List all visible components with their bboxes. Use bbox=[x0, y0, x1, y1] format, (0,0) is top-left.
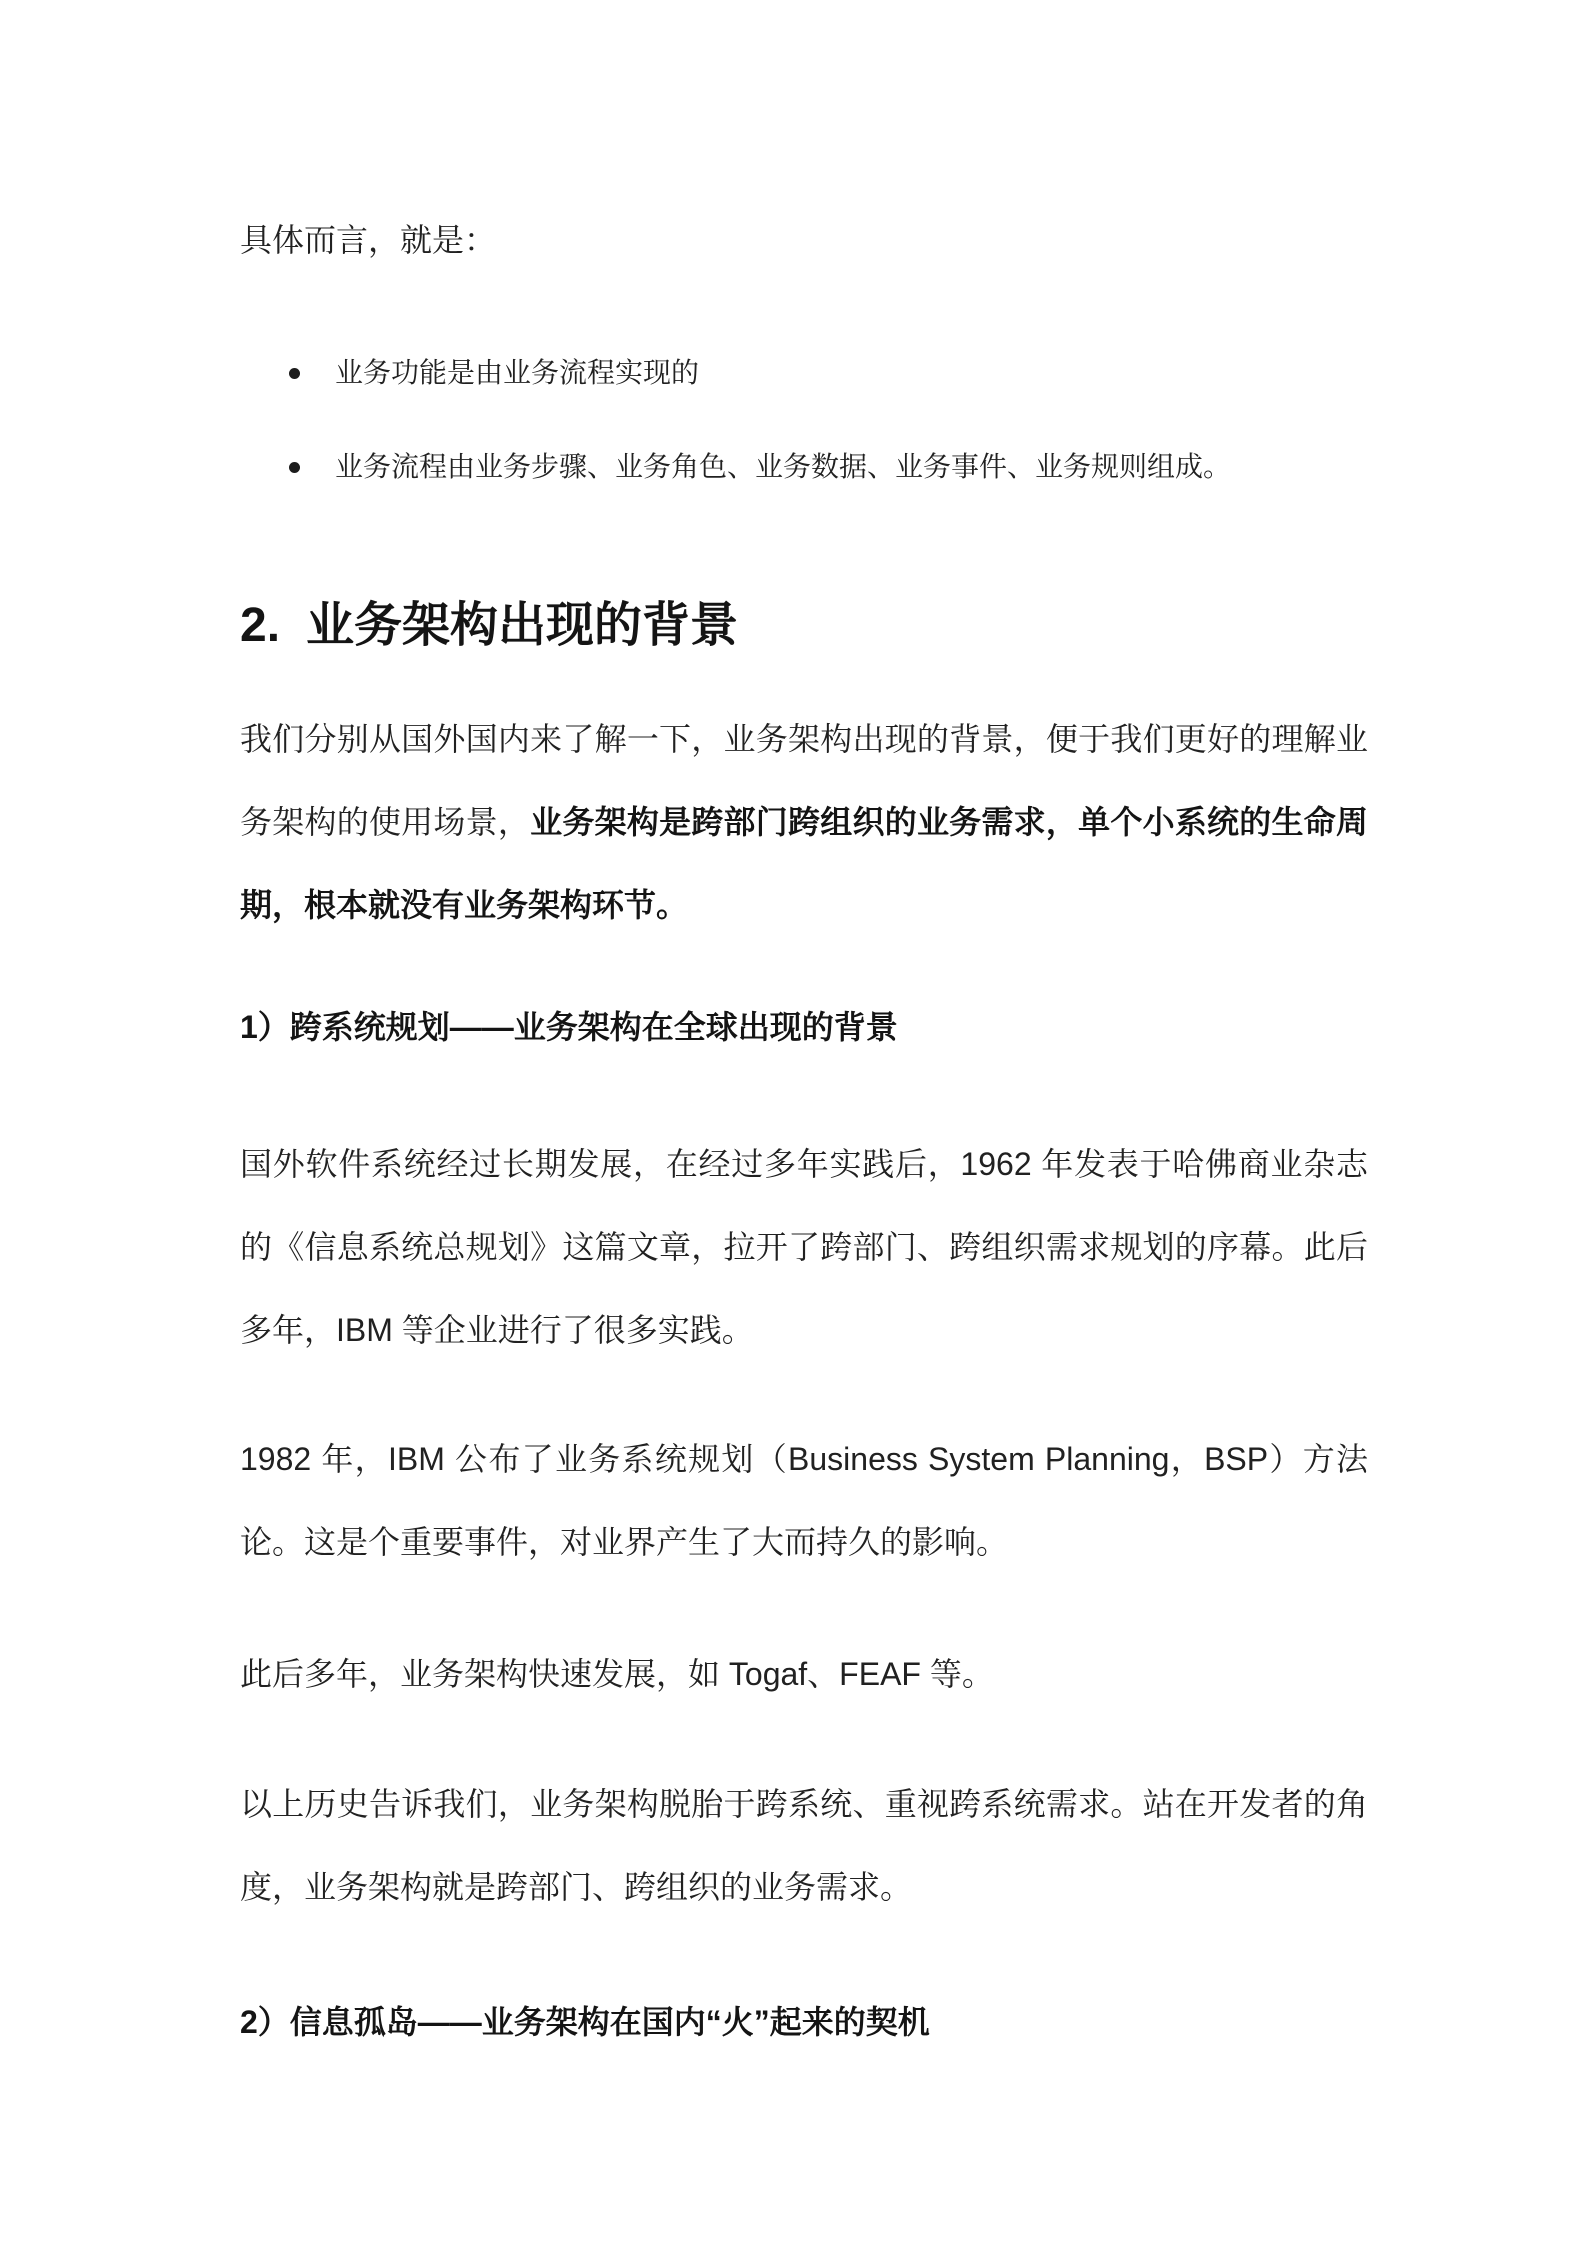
bullet-text: 业务功能是由业务流程实现的 bbox=[335, 357, 699, 388]
text-line: 度，业务架构就是跨部门、跨组织的业务需求。 bbox=[240, 1846, 1368, 1929]
text-line: 的《信息系统总规划》这篇文章，拉开了跨部门、跨组织需求规划的序幕。此后 bbox=[240, 1206, 1368, 1289]
bullet-text: 业务流程由业务步骤、业务角色、业务数据、业务事件、业务规则组成。 bbox=[335, 451, 1231, 482]
text-line: 期，根本就没有业务架构环节。 bbox=[240, 864, 1368, 947]
text-line: 多年，IBM 等企业进行了很多实践。 bbox=[240, 1289, 1368, 1372]
section-title: 业务架构出现的背景 bbox=[306, 599, 738, 652]
lead-text: 具体而言，就是： bbox=[240, 218, 1368, 262]
text-line: 1982 年，IBM 公布了业务系统规划（Business System Pla… bbox=[240, 1418, 1368, 1501]
paragraph-bsp: 1982 年，IBM 公布了业务系统规划（Business System Pla… bbox=[240, 1418, 1368, 1584]
bullet-item: 业务流程由业务步骤、业务角色、业务数据、业务事件、业务规则组成。 bbox=[240, 445, 1368, 489]
bullet-list: 业务功能是由业务流程实现的 业务流程由业务步骤、业务角色、业务数据、业务事件、业… bbox=[240, 351, 1368, 489]
lead-paragraph: 具体而言，就是： bbox=[240, 218, 1368, 262]
bullet-item: 业务功能是由业务流程实现的 bbox=[240, 351, 1368, 395]
text-run-bold: 业务架构是跨部门跨组织的业务需求，单个小系统的生命周 bbox=[530, 804, 1368, 840]
subsection-heading-2: 2）信息孤岛——业务架构在国内“火”起来的契机 bbox=[240, 2000, 1368, 2044]
text-run: 务架构的使用场景， bbox=[240, 804, 530, 840]
subsection-heading-1: 1）跨系统规划——业务架构在全球出现的背景 bbox=[240, 1005, 1368, 1049]
text-line: 我们分别从国外国内来了解一下，业务架构出现的背景，便于我们更好的理解业 bbox=[240, 698, 1368, 781]
text-line: 以上历史告诉我们，业务架构脱胎于跨系统、重视跨系统需求。站在开发者的角 bbox=[240, 1763, 1368, 1846]
paragraph-overview: 我们分别从国外国内来了解一下，业务架构出现的背景，便于我们更好的理解业 务架构的… bbox=[240, 698, 1368, 947]
paragraph-history-lesson: 以上历史告诉我们，业务架构脱胎于跨系统、重视跨系统需求。站在开发者的角 度，业务… bbox=[240, 1763, 1368, 1929]
paragraph-togaf: 此后多年，业务架构快速发展，如 Togaf、FEAF 等。 bbox=[240, 1633, 1368, 1716]
text-line: 论。这是个重要事件，对业界产生了大而持久的影响。 bbox=[240, 1501, 1368, 1584]
section-number: 2. bbox=[240, 596, 306, 656]
text-line: 此后多年，业务架构快速发展，如 Togaf、FEAF 等。 bbox=[240, 1633, 1368, 1716]
text-line: 务架构的使用场景，业务架构是跨部门跨组织的业务需求，单个小系统的生命周 bbox=[240, 781, 1368, 864]
paragraph-global-history: 国外软件系统经过长期发展，在经过多年实践后，1962 年发表于哈佛商业杂志 的《… bbox=[240, 1123, 1368, 1372]
document-page: 具体而言，就是： 业务功能是由业务流程实现的 业务流程由业务步骤、业务角色、业务… bbox=[0, 218, 1586, 2044]
bullet-dot-icon bbox=[289, 462, 300, 473]
bullet-dot-icon bbox=[289, 368, 300, 379]
text-line: 国外软件系统经过长期发展，在经过多年实践后，1962 年发表于哈佛商业杂志 bbox=[240, 1123, 1368, 1206]
section-heading: 2.业务架构出现的背景 bbox=[240, 596, 1368, 656]
